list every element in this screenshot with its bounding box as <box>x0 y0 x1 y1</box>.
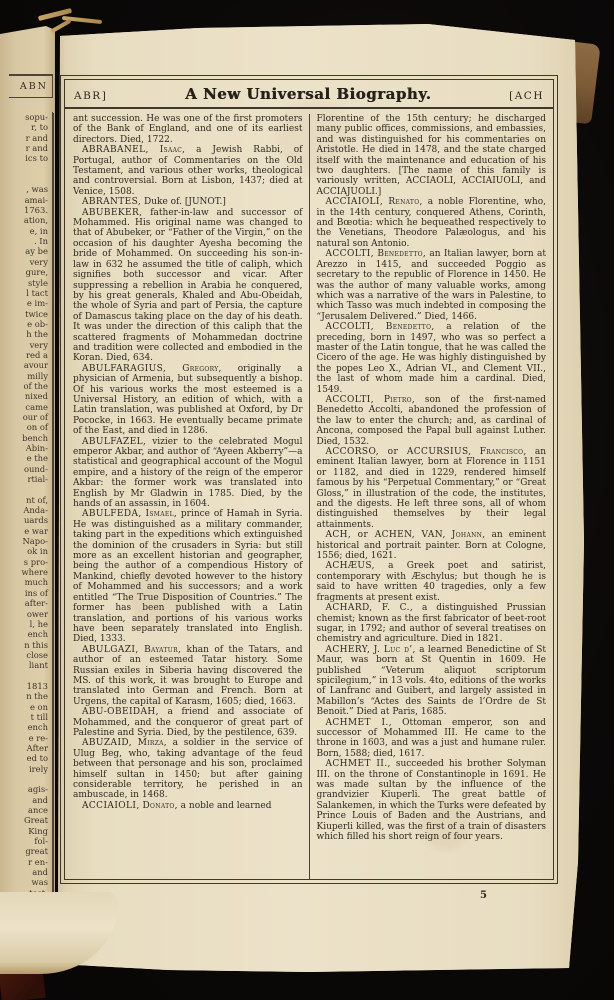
entry-continuation: Florentine of the 15th century; he disch… <box>317 114 547 197</box>
biography-entry: ABUBEKER, father-in-law and successor of… <box>73 208 303 364</box>
printed-border: ABR] A New Universal Biography. [ACH ant… <box>60 75 558 884</box>
adjacent-text-fragment: n the <box>7 691 48 701</box>
adjacent-text-fragment: r en- <box>7 857 48 867</box>
adjacent-text-fragment: twice <box>7 309 48 319</box>
adjacent-text-fragment: e war <box>7 526 48 536</box>
adjacent-text-fragment: . In <box>7 236 48 246</box>
entry-given-name: Johann, <box>452 530 486 540</box>
biography-entry: ABRABANEL, Isaac, a Jewish Rabbi, of Por… <box>73 145 303 197</box>
biography-entry: ACH, or ACHEN, VAN, Johann, an eminent h… <box>317 530 547 561</box>
adjacent-text-fragment: irely <box>7 764 48 774</box>
entry-headword: ABRANTES, <box>82 197 141 207</box>
entry-headword: ACHÆUS, <box>326 561 375 571</box>
adjacent-text-fragment: ench <box>7 722 48 732</box>
page-number: 5 <box>480 890 487 901</box>
adjacent-text-fragment: e re- <box>7 733 48 743</box>
entry-given-name: Francisco, <box>480 447 527 457</box>
adjacent-text-fragment: ench <box>7 629 48 639</box>
adjacent-text-fragment: where <box>7 567 48 577</box>
entry-headword: ACHARD, F. C., <box>326 603 414 613</box>
adjacent-text-fragment: ay be <box>7 246 48 256</box>
adjacent-text-fragment: e ob- <box>7 319 48 329</box>
adjacent-text-fragment: h the <box>7 329 48 339</box>
binding-thread <box>50 19 71 33</box>
adjacent-text-fragment: 1763. <box>7 205 48 215</box>
biography-entry: ABUZAID, Mirza, a soldier in the service… <box>73 738 303 800</box>
adjacent-text-fragment <box>7 164 48 174</box>
running-head: ABR] A New Universal Biography. [ACH <box>65 80 553 109</box>
entry-continuation: ant succession. He was one of the first … <box>73 114 303 145</box>
adjacent-text-fragment <box>7 774 48 784</box>
adjacent-text-fragment <box>7 671 48 681</box>
biography-entry: ABULFEDA, Ismael, prince of Hamah in Syr… <box>73 509 303 644</box>
adjacent-text-fragment: ance <box>7 805 48 815</box>
biography-entry: ABU-OBEIDAH, a friend and associate of M… <box>73 707 303 738</box>
header-left-guide: ABR] <box>74 90 107 102</box>
adjacent-text-fragment: sopu- <box>7 112 48 122</box>
adjacent-page-edge: ABN sopu-r, tor andr andics to, wasamai-… <box>0 26 56 964</box>
adjacent-text-fragment: nixed <box>7 391 48 401</box>
biography-entry: ACCIAIOLI, Renato, a noble Florentine, w… <box>317 197 547 249</box>
adjacent-text-fragment: ics to <box>7 153 48 163</box>
adjacent-text-fragment: avour <box>7 360 48 370</box>
adjacent-text-fragment: uards <box>7 515 48 525</box>
adjacent-text-fragment: n this <box>7 640 48 650</box>
adjacent-text-fragment: s pro- <box>7 557 48 567</box>
adjacent-text-fragment: l tact <box>7 288 48 298</box>
adjacent-text-fragment: rtial- <box>7 474 48 484</box>
text-column-left: ant succession. He was one of the first … <box>73 114 310 879</box>
entry-given-name: Donato, <box>143 801 178 811</box>
entry-headword: ABULFARAGIUS, <box>82 364 166 374</box>
entry-given-name: Ismael, <box>146 509 177 519</box>
adjacent-text-fragment: ower <box>7 609 48 619</box>
adjacent-text-fragment <box>7 484 48 494</box>
book-photo: ABN sopu-r, tor andr andics to, wasamai-… <box>0 0 614 1000</box>
adjacent-text-fragment: much <box>7 577 48 587</box>
adjacent-text-fragment: was <box>7 877 48 887</box>
adjacent-text-fragment: our of <box>7 412 48 422</box>
adjacent-text-fragment: after- <box>7 598 48 608</box>
entry-given-name: Isaac, <box>160 145 186 155</box>
adjacent-text-fragment: , was <box>7 184 48 194</box>
entry-given-name: Renato, <box>388 197 422 207</box>
adjacent-text-fragment: ed to <box>7 753 48 763</box>
adjacent-text-fragment: and <box>7 867 48 877</box>
entry-given-name: Pietro, <box>384 395 415 405</box>
entry-given-name: Benedetto, <box>386 322 435 332</box>
biography-entry: ACCIAIOLI, Donato, a noble and learned <box>73 801 303 811</box>
biography-entry: ACCOLTI, Pietro, son of the first-named … <box>317 395 547 447</box>
printed-border-inner: ABR] A New Universal Biography. [ACH ant… <box>64 79 554 880</box>
adjacent-text-fragment: very <box>7 257 48 267</box>
entry-given-name: Benedetto, <box>377 249 426 259</box>
adjacent-text-fragment: r and <box>7 143 48 153</box>
biography-entry: ACHMET II., succeeded his brother Solyma… <box>317 759 547 842</box>
page-title: A New Universal Biography. <box>185 85 431 103</box>
adjacent-text-fragment: Great <box>7 815 48 825</box>
biography-entry: ACHARD, F. C., a distinguished Prussian … <box>317 603 547 645</box>
adjacent-text-fragment: After <box>7 743 48 753</box>
entry-headword: ACCORSO, or ACCURSIUS, <box>326 447 472 457</box>
adjacent-text-fragment: fol- <box>7 836 48 846</box>
adjacent-text-fragment: on of <box>7 422 48 432</box>
adjacent-text-fragment: milly <box>7 371 48 381</box>
entry-headword: ACCIAIOLI, <box>326 197 384 207</box>
adjacent-text-fragment: amai- <box>7 195 48 205</box>
biography-entry: ABRANTES, Duke of. [JUNOT.] <box>73 197 303 207</box>
adjacent-text-fragment: r and <box>7 133 48 143</box>
biography-entry: ACHÆUS, a Greek poet and satirist, conte… <box>317 561 547 603</box>
adjacent-text-fragment: e on <box>7 702 48 712</box>
adjacent-text-fragment: l, he <box>7 619 48 629</box>
adjacent-text-fragment: r, to <box>7 122 48 132</box>
book-page: ABR] A New Universal Biography. [ACH ant… <box>48 22 600 978</box>
adjacent-text-fragment: of the <box>7 381 48 391</box>
adjacent-text-fragment: ok in <box>7 546 48 556</box>
entry-headword: ACH, or ACHEN, VAN, <box>326 530 446 540</box>
adjacent-text-fragment: red a <box>7 350 48 360</box>
adjacent-text-fragment: King <box>7 826 48 836</box>
entry-headword: ACCOLTI, <box>326 322 375 332</box>
biography-entry: ACHERY, J. Luc d’, a learned Benedictine… <box>317 645 547 718</box>
entry-headword: ABULFAZEL, <box>82 437 146 447</box>
entry-headword: ACCOLTI, <box>326 249 375 259</box>
adjacent-text-fragment: Abin- <box>7 443 48 453</box>
entry-given-name: Mirza, <box>138 738 167 748</box>
entry-headword: ABULFEDA, <box>82 509 142 519</box>
adjacent-text-fragment: and <box>7 795 48 805</box>
adjacent-text-fragment: e, in <box>7 226 48 236</box>
adjacent-text-fragment: t till <box>7 712 48 722</box>
adjacent-text-fragment: gure, <box>7 267 48 277</box>
adjacent-text-fragment: ins of <box>7 588 48 598</box>
entry-given-name: J. Luc d’, <box>374 645 416 655</box>
adjacent-text-fragment: Napo- <box>7 536 48 546</box>
entry-headword: ABUBEKER, <box>82 208 142 218</box>
biography-entry: ACCORSO, or ACCURSIUS, Francisco, an emi… <box>317 447 547 530</box>
entry-headword: ACHMET I., <box>326 718 392 728</box>
biography-entry: ACCOLTI, Benedetto, an Italian lawyer, b… <box>317 249 547 322</box>
adjacent-text-fragment: 1813 <box>7 681 48 691</box>
adjacent-text-fragment: close <box>7 650 48 660</box>
adjacent-text-fragment: ound- <box>7 464 48 474</box>
biography-entry: ABULFAZEL, vizier to the celebrated Mogu… <box>73 437 303 510</box>
entry-headword: ACHERY, <box>326 645 371 655</box>
adjacent-text-fragment: bench <box>7 433 48 443</box>
entry-given-name: Bayatur, <box>144 645 181 655</box>
adjacent-text-fragment: great <box>7 846 48 856</box>
adjacent-header-label: ABN <box>20 81 48 92</box>
biography-entry: ABULFARAGIUS, Gregory, originally a phys… <box>73 364 303 437</box>
adjacent-text-fragment: e the <box>7 453 48 463</box>
text-column-right: Florentine of the 15th century; he disch… <box>310 114 547 879</box>
header-right-guide: [ACH <box>509 90 544 102</box>
adjacent-text-fragment: agis- <box>7 784 48 794</box>
entry-given-name: Gregory, <box>182 364 221 374</box>
entry-headword: ABUZAID, <box>82 738 132 748</box>
entry-headword: ABRABANEL, <box>82 145 149 155</box>
text-block: ant succession. He was one of the first … <box>65 111 553 879</box>
adjacent-text-fragment: nt of, <box>7 495 48 505</box>
biography-entry: ACHMET I., Ottoman emperor, son and succ… <box>317 718 547 760</box>
entry-headword: ACCOLTI, <box>326 395 375 405</box>
adjacent-text-fragment: liant <box>7 660 48 670</box>
adjacent-text-fragment: ation, <box>7 215 48 225</box>
adjacent-text-fragment: came <box>7 402 48 412</box>
entry-headword: ACHMET II., <box>326 759 391 769</box>
entry-headword: ABU-OBEIDAH, <box>82 707 159 717</box>
adjacent-text-fragment: e im- <box>7 298 48 308</box>
adjacent-text-fragment <box>7 174 48 184</box>
adjacent-text-fragment: very <box>7 340 48 350</box>
adjacent-page-running-head: ABN <box>9 74 53 98</box>
biography-entry: ACCOLTI, Benedetto, a relation of the pr… <box>317 322 547 395</box>
entry-headword: ABULGAZI, <box>82 645 139 655</box>
adjacent-page-text-fragments: sopu-r, tor andr andics to, wasamai-1763… <box>7 112 53 940</box>
biography-entry: ABULGAZI, Bayatur, khan of the Tatars, a… <box>73 645 303 707</box>
adjacent-text-fragment: Anda- <box>7 505 48 515</box>
adjacent-text-fragment: style <box>7 278 48 288</box>
entry-headword: ACCIAIOLI, <box>82 801 140 811</box>
